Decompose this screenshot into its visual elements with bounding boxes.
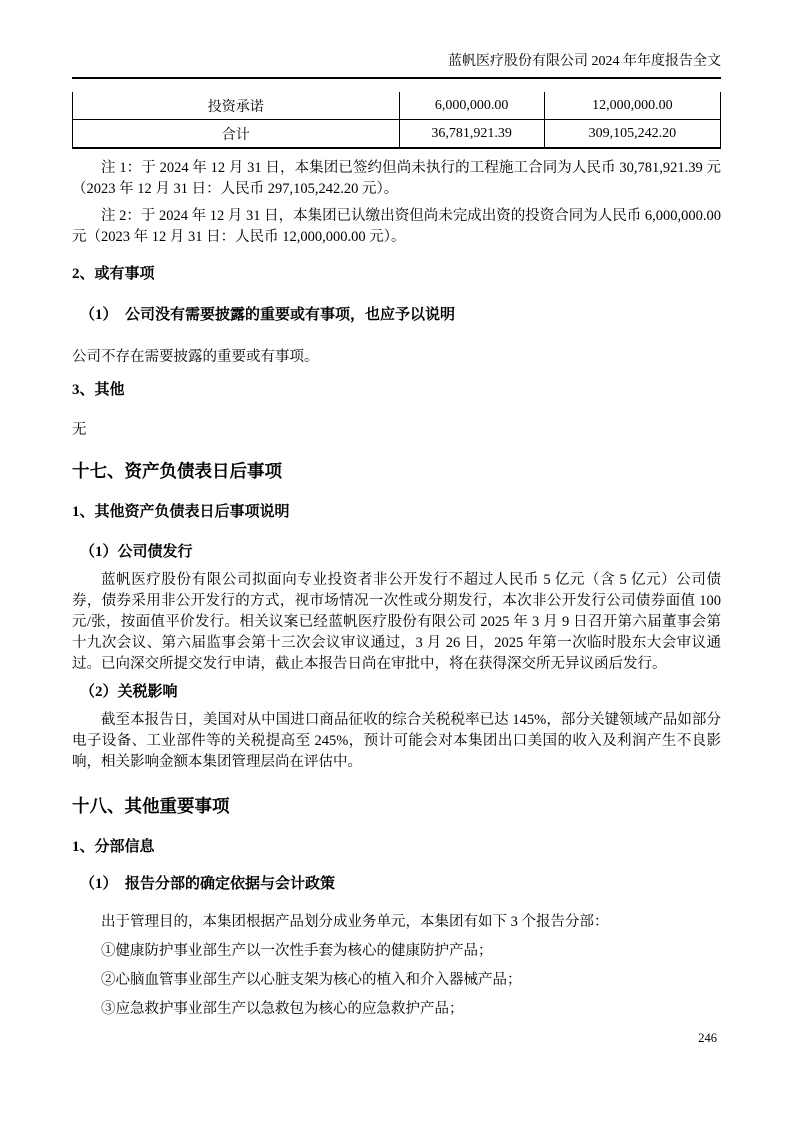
- table-row: 投资承诺 6,000,000.00 12,000,000.00: [73, 92, 721, 120]
- report-page: { "page": { "header": "蓝帆医疗股份有限公司 2024 年…: [0, 0, 793, 1122]
- heading-contingency: 2、或有事项: [72, 266, 721, 283]
- page-content: 蓝帆医疗股份有限公司 2024 年年度报告全文 投资承诺 6,000,000.0…: [72, 0, 721, 1020]
- heading-other-important-matters: 十八、其他重要事项: [72, 796, 721, 816]
- heading-segment-basis: （1） 报告分部的确定依据与会计政策: [72, 876, 721, 893]
- paragraph-other-none: 无: [72, 420, 721, 441]
- heading-contingency-disclosure: （1） 公司没有需要披露的重要或有事项，也应予以说明: [72, 307, 721, 324]
- row-label-cell: 投资承诺: [73, 92, 400, 120]
- segment-item-cardio: ②心脑血管事业部生产以心脏支架为核心的植入和介入器械产品；: [72, 970, 721, 991]
- paragraph-segment-intro: 出于管理目的，本集团根据产品划分成业务单元，本集团有如下 3 个报告分部：: [72, 912, 721, 933]
- segment-item-health: ①健康防护事业部生产以一次性手套为核心的健康防护产品；: [72, 941, 721, 962]
- row-label-cell: 合计: [73, 120, 400, 149]
- note-1: 注 1：于 2024 年 12 月 31 日，本集团已签约但尚未执行的工程施工合…: [72, 158, 721, 200]
- page-number: 246: [698, 1031, 717, 1045]
- heading-other: 3、其他: [72, 382, 721, 399]
- prior-amount-cell: 12,000,000.00: [544, 92, 720, 120]
- heading-segment-info: 1、分部信息: [72, 839, 721, 856]
- heading-post-balance-events: 十七、资产负债表日后事项: [72, 461, 721, 481]
- report-header: 蓝帆医疗股份有限公司 2024 年年度报告全文: [72, 0, 721, 79]
- segment-item-emergency: ③应急救护事业部生产以急救包为核心的应急救护产品；: [72, 999, 721, 1020]
- paragraph-no-contingency: 公司不存在需要披露的重要或有事项。: [72, 347, 721, 368]
- investment-commitment-table: 投资承诺 6,000,000.00 12,000,000.00 合计 36,78…: [72, 92, 721, 149]
- current-amount-cell: 36,781,921.39: [399, 120, 544, 149]
- heading-post-balance-explanation: 1、其他资产负债表日后事项说明: [72, 504, 721, 521]
- table-row-total: 合计 36,781,921.39 309,105,242.20: [73, 120, 721, 149]
- paragraph-tariff-impact: 截至本报告日，美国对从中国进口商品征收的综合关税税率已达 145%，部分关键领域…: [72, 710, 721, 773]
- paragraph-bond-issuance: 蓝帆医疗股份有限公司拟面向专业投资者非公开发行不超过人民币 5 亿元（含 5 亿…: [72, 570, 721, 675]
- heading-bond-issuance: （1）公司债发行: [72, 544, 721, 561]
- prior-amount-cell: 309,105,242.20: [544, 120, 720, 149]
- note-2: 注 2：于 2024 年 12 月 31 日，本集团已认缴出资但尚未完成出资的投…: [72, 206, 721, 248]
- heading-tariff-impact: （2）关税影响: [72, 684, 721, 701]
- current-amount-cell: 6,000,000.00: [399, 92, 544, 120]
